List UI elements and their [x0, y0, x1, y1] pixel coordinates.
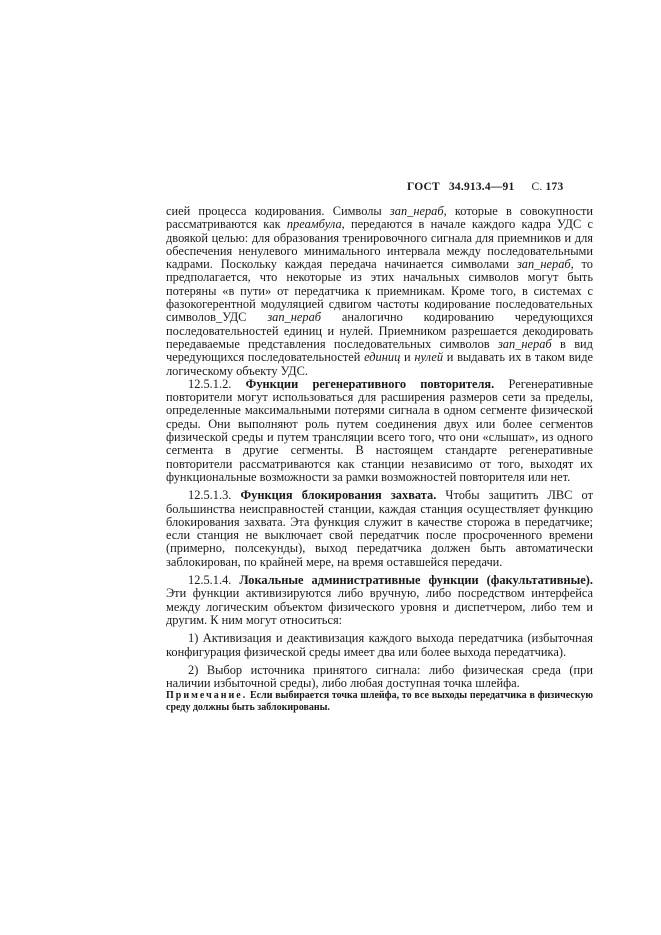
section-number: 12.5.1.3.: [188, 488, 231, 502]
page-label: С.: [532, 181, 543, 193]
section-title: Функция блокирования захвата.: [241, 488, 437, 502]
term: преамбула,: [287, 217, 345, 231]
paragraph-continuation: сией процесса кодирования. Символы зап_н…: [166, 205, 593, 378]
page-header: ГОСТ 34.913.4—91 С. 173: [407, 181, 563, 193]
section-title: Функции регенеративного повторителя.: [246, 377, 495, 391]
term: зап_нераб: [498, 337, 552, 351]
text-run: сией процесса кодирования. Символы: [166, 204, 390, 218]
text-run: и: [400, 350, 414, 364]
term: единиц: [364, 350, 400, 364]
standard-label: ГОСТ: [407, 181, 440, 193]
section-number: 12.5.1.2.: [188, 377, 231, 391]
section-text: Эти функции активизируются либо вручную,…: [166, 586, 593, 627]
note: Примечание. Если выбирается точка шлейфа…: [166, 690, 593, 713]
term: зап_нераб: [267, 310, 321, 324]
term: зап_нераб,: [517, 257, 574, 271]
page-indicator: С. 173: [532, 181, 564, 193]
section-number: 12.5.1.4.: [188, 573, 231, 587]
section-12-5-1-4: 12.5.1.4. Локальные административные фун…: [166, 574, 593, 627]
list-item: 1) Активизация и деактивизация каждого в…: [166, 632, 593, 659]
standard-number: 34.913.4—91: [449, 181, 514, 193]
list-item: 2) Выбор источника принятого сигнала: ли…: [166, 664, 593, 691]
term: зап_нераб,: [390, 204, 447, 218]
section-12-5-1-3: 12.5.1.3. Функция блокирования захвата. …: [166, 489, 593, 569]
page-number: 173: [546, 181, 564, 193]
note-label: Примечание.: [166, 690, 247, 701]
section-12-5-1-2: 12.5.1.2. Функции регенеративного повтор…: [166, 378, 593, 484]
section-title: Локальные административные функции (факу…: [239, 573, 593, 587]
section-text: Регенеративные повторители могут использ…: [166, 377, 593, 484]
term: нулей: [414, 350, 443, 364]
document-body: сией процесса кодирования. Символы зап_н…: [166, 205, 593, 713]
